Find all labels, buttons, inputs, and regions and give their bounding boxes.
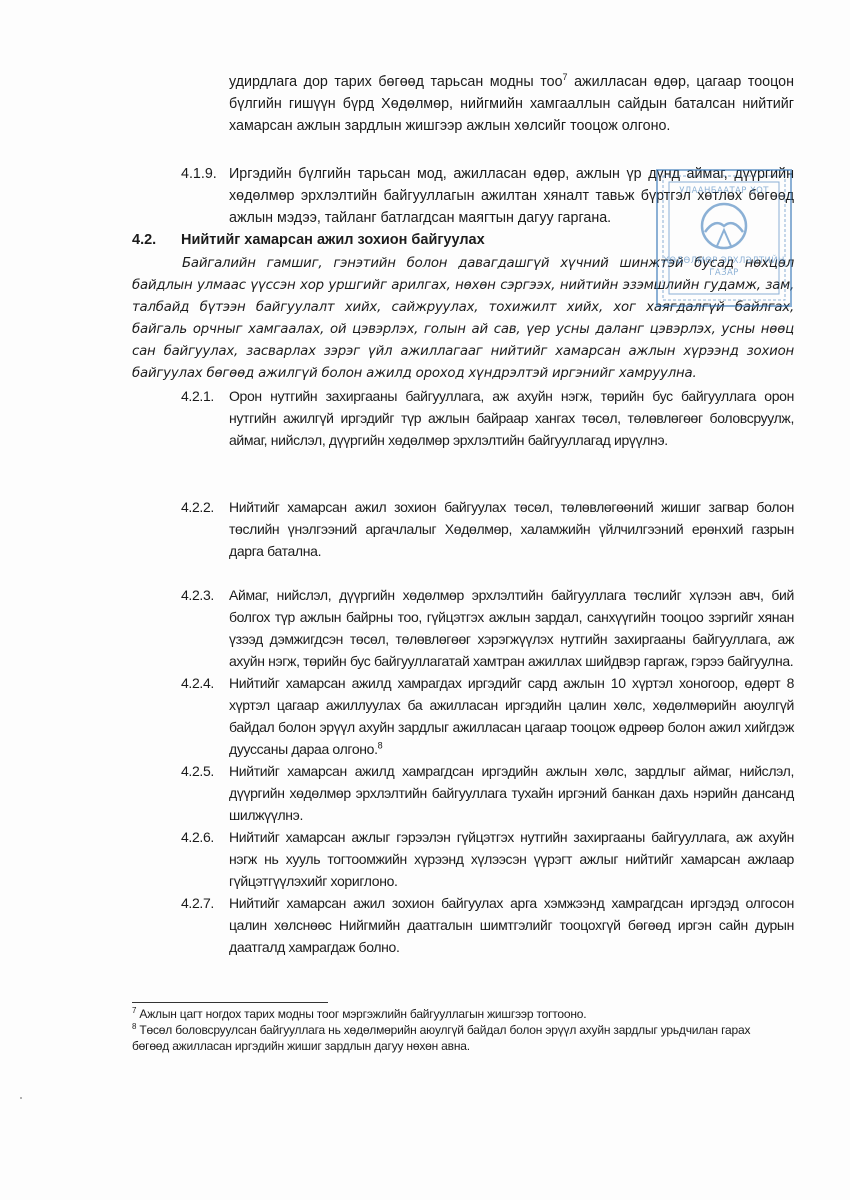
item-text-4-2-1: Орон нутгийн захиргааны байгууллага, аж … [229, 385, 794, 451]
item-text-4-2-6: Нийтийг хамарсан ажлыг гэрээлэн гүйцэтгэ… [229, 826, 794, 892]
footnote-ref-8[interactable]: 8 [378, 740, 383, 750]
item-number-4-2-5: 4.2.5. [181, 760, 214, 782]
item-text-4-2-3: Аймаг, нийслэл, дүүргийн хөдөлмөр эрхлэл… [229, 584, 794, 672]
stamp-bottom-text-2: ГАЗАР [655, 268, 793, 278]
footnote-text-8: Төсөл боловсруулсан байгууллага нь хөдөл… [132, 1023, 750, 1053]
item-number-4-2-4: 4.2.4. [181, 672, 214, 694]
item-text-4-2-2: Нийтийг хамарсан ажил зохион байгуулах т… [229, 496, 794, 562]
item-number-4-2-7: 4.2.7. [181, 892, 214, 914]
section-title-4-2: Нийтийг хамарсан ажил зохион байгуулах [181, 229, 485, 251]
item-number-4-2-6: 4.2.6. [181, 826, 214, 848]
item-text-4-2-4-body: Нийтийг хамарсан ажилд хамрагдах иргэдий… [229, 675, 794, 757]
item-text-4-2-4: Нийтийг хамарсан ажилд хамрагдах иргэдий… [229, 672, 794, 760]
item-number-4-1-9: 4.1.9. [181, 163, 217, 185]
item-text-4-2-5: Нийтийг хамарсан ажилд хамрагдсан иргэди… [229, 760, 794, 826]
footnote-7: 7 Ажлын цагт ногдох тарих модны тоог мэр… [132, 1006, 772, 1022]
section-number-4-2: 4.2. [132, 229, 156, 251]
footnote-8: 8 Төсөл боловсруулсан байгууллага нь хөд… [132, 1022, 772, 1054]
scan-speck [20, 1097, 22, 1099]
item-number-4-2-1: 4.2.1. [181, 385, 214, 407]
continuation-text-a: удирдлага дор тарих бөгөөд тарьсан модны… [229, 74, 563, 90]
official-stamp: УЛААНБААТАР ХОТ ХӨДӨЛМӨР ЭРХЛЭЛТИЙН ГАЗА… [655, 168, 793, 308]
footnote-mark-8: 8 [132, 1022, 136, 1031]
footnote-separator [132, 1002, 328, 1003]
document-page: удирдлага дор тарих бөгөөд тарьсан модны… [0, 0, 850, 1200]
footnote-text-7: Ажлын цагт ногдох тарих модны тоог мэргэ… [139, 1007, 586, 1021]
continuation-paragraph: удирдлага дор тарих бөгөөд тарьсан модны… [229, 71, 794, 137]
item-text-4-2-7: Нийтийг хамарсан ажил зохион байгуулах а… [229, 892, 794, 958]
stamp-bottom-text: ХӨДӨЛМӨР ЭРХЛЭЛТИЙН [655, 256, 793, 266]
item-number-4-2-3: 4.2.3. [181, 584, 214, 606]
stamp-top-text: УЛААНБААТАР ХОТ [655, 186, 793, 196]
item-number-4-2-2: 4.2.2. [181, 496, 214, 518]
footnote-mark-7: 7 [132, 1006, 136, 1015]
